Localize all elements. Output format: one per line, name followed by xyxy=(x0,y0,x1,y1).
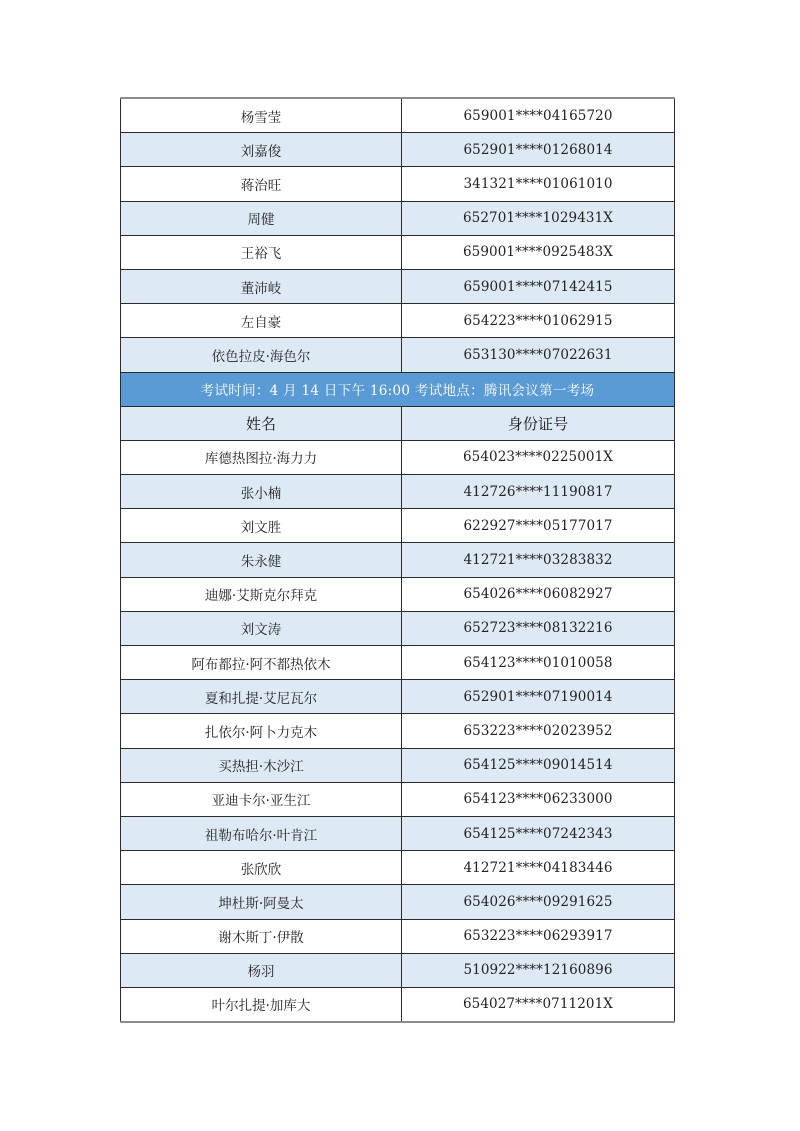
candidate-name: 朱永健 xyxy=(121,543,402,577)
candidate-id-number: 622927****05177017 xyxy=(402,509,675,543)
table-row: 董沛岐659001****07142415 xyxy=(121,269,675,303)
table-row: 买热担·木沙江654125****09014514 xyxy=(121,748,675,782)
candidate-name: 杨雪莹 xyxy=(121,98,402,133)
candidate-name: 夏和扎提·艾尼瓦尔 xyxy=(121,680,402,714)
table-row: 依色拉皮·海色尔653130****07022631 xyxy=(121,338,675,372)
candidate-id-number: 652701****1029431X xyxy=(402,201,675,235)
table-row: 坤杜斯·阿曼太654026****09291625 xyxy=(121,885,675,919)
table-row: 张欣欣412721****04183446 xyxy=(121,851,675,885)
candidate-table-body: 杨雪莹659001****04165720刘嘉俊652901****012680… xyxy=(121,98,675,1022)
candidate-name: 蒋治旺 xyxy=(121,167,402,201)
candidate-id-number: 654026****09291625 xyxy=(402,885,675,919)
table-row: 刘文涛652723****08132216 xyxy=(121,611,675,645)
candidate-name: 阿布都拉·阿不都热依木 xyxy=(121,646,402,680)
candidate-name: 董沛岐 xyxy=(121,269,402,303)
table-row: 亚迪卡尔·亚生江654123****06233000 xyxy=(121,782,675,816)
candidate-id-number: 652723****08132216 xyxy=(402,611,675,645)
candidate-id-number: 510922****12160896 xyxy=(402,953,675,987)
candidate-name: 买热担·木沙江 xyxy=(121,748,402,782)
table-row: 刘文胜622927****05177017 xyxy=(121,509,675,543)
candidate-id-number: 654026****06082927 xyxy=(402,577,675,611)
column-header-id: 身份证号 xyxy=(402,406,675,440)
candidate-id-number: 412721****04183446 xyxy=(402,851,675,885)
candidate-id-number: 654223****01062915 xyxy=(402,304,675,338)
candidate-id-number: 654125****07242343 xyxy=(402,816,675,850)
candidate-id-number: 341321****01061010 xyxy=(402,167,675,201)
table-row: 阿布都拉·阿不都热依木654123****01010058 xyxy=(121,646,675,680)
candidate-id-number: 654027****0711201X xyxy=(402,987,675,1022)
table-row: 杨羽510922****12160896 xyxy=(121,953,675,987)
candidate-id-number: 412726****11190817 xyxy=(402,475,675,509)
candidate-name: 依色拉皮·海色尔 xyxy=(121,338,402,372)
candidate-name: 左自豪 xyxy=(121,304,402,338)
table-row: 杨雪莹659001****04165720 xyxy=(121,98,675,133)
candidate-name: 扎依尔·阿卜力克木 xyxy=(121,714,402,748)
table-row: 蒋治旺341321****01061010 xyxy=(121,167,675,201)
table-row: 刘嘉俊652901****01268014 xyxy=(121,133,675,167)
candidate-name: 刘文胜 xyxy=(121,509,402,543)
candidate-name: 刘嘉俊 xyxy=(121,133,402,167)
table-row: 王裕飞659001****0925483X xyxy=(121,235,675,269)
candidate-id-number: 659001****04165720 xyxy=(402,98,675,133)
candidate-name: 王裕飞 xyxy=(121,235,402,269)
candidate-id-number: 653130****07022631 xyxy=(402,338,675,372)
table-row: 周健652701****1029431X xyxy=(121,201,675,235)
candidate-id-number: 654123****01010058 xyxy=(402,646,675,680)
candidate-id-number: 652901****01268014 xyxy=(402,133,675,167)
candidate-id-number: 653223****06293917 xyxy=(402,919,675,953)
table-row: 扎依尔·阿卜力克木653223****02023952 xyxy=(121,714,675,748)
table-row: 祖勒布哈尔·叶肯江654125****07242343 xyxy=(121,816,675,850)
table-row: 左自豪654223****01062915 xyxy=(121,304,675,338)
table-header-row: 姓名身份证号 xyxy=(121,406,675,440)
candidate-name: 周健 xyxy=(121,201,402,235)
candidate-name: 库德热图拉·海力力 xyxy=(121,440,402,474)
candidate-name: 张欣欣 xyxy=(121,851,402,885)
candidate-id-number: 654023****0225001X xyxy=(402,440,675,474)
candidate-table: 杨雪莹659001****04165720刘嘉俊652901****012680… xyxy=(120,97,675,1023)
exam-session-banner-row: 考试时间：4 月 14 日下午 16:00 考试地点：腾讯会议第一考场 xyxy=(121,372,675,406)
candidate-name: 刘文涛 xyxy=(121,611,402,645)
candidate-name: 张小楠 xyxy=(121,475,402,509)
candidate-id-number: 659001****07142415 xyxy=(402,269,675,303)
candidate-id-number: 659001****0925483X xyxy=(402,235,675,269)
table-row: 迪娜·艾斯克尔拜克654026****06082927 xyxy=(121,577,675,611)
exam-session-banner: 考试时间：4 月 14 日下午 16:00 考试地点：腾讯会议第一考场 xyxy=(121,372,675,406)
column-header-name: 姓名 xyxy=(121,406,402,440)
candidate-name: 祖勒布哈尔·叶肯江 xyxy=(121,816,402,850)
table-row: 谢木斯丁·伊散653223****06293917 xyxy=(121,919,675,953)
table-row: 叶尔扎提·加库大654027****0711201X xyxy=(121,987,675,1022)
candidate-id-number: 652901****07190014 xyxy=(402,680,675,714)
candidate-name: 迪娜·艾斯克尔拜克 xyxy=(121,577,402,611)
table-row: 朱永健412721****03283832 xyxy=(121,543,675,577)
candidate-name: 叶尔扎提·加库大 xyxy=(121,987,402,1022)
candidate-id-number: 412721****03283832 xyxy=(402,543,675,577)
candidate-id-number: 653223****02023952 xyxy=(402,714,675,748)
table-row: 夏和扎提·艾尼瓦尔652901****07190014 xyxy=(121,680,675,714)
candidate-id-number: 654123****06233000 xyxy=(402,782,675,816)
candidate-name: 亚迪卡尔·亚生江 xyxy=(121,782,402,816)
table-row: 张小楠412726****11190817 xyxy=(121,475,675,509)
candidate-name: 杨羽 xyxy=(121,953,402,987)
candidate-id-number: 654125****09014514 xyxy=(402,748,675,782)
candidate-name: 谢木斯丁·伊散 xyxy=(121,919,402,953)
candidate-name: 坤杜斯·阿曼太 xyxy=(121,885,402,919)
table-row: 库德热图拉·海力力654023****0225001X xyxy=(121,440,675,474)
